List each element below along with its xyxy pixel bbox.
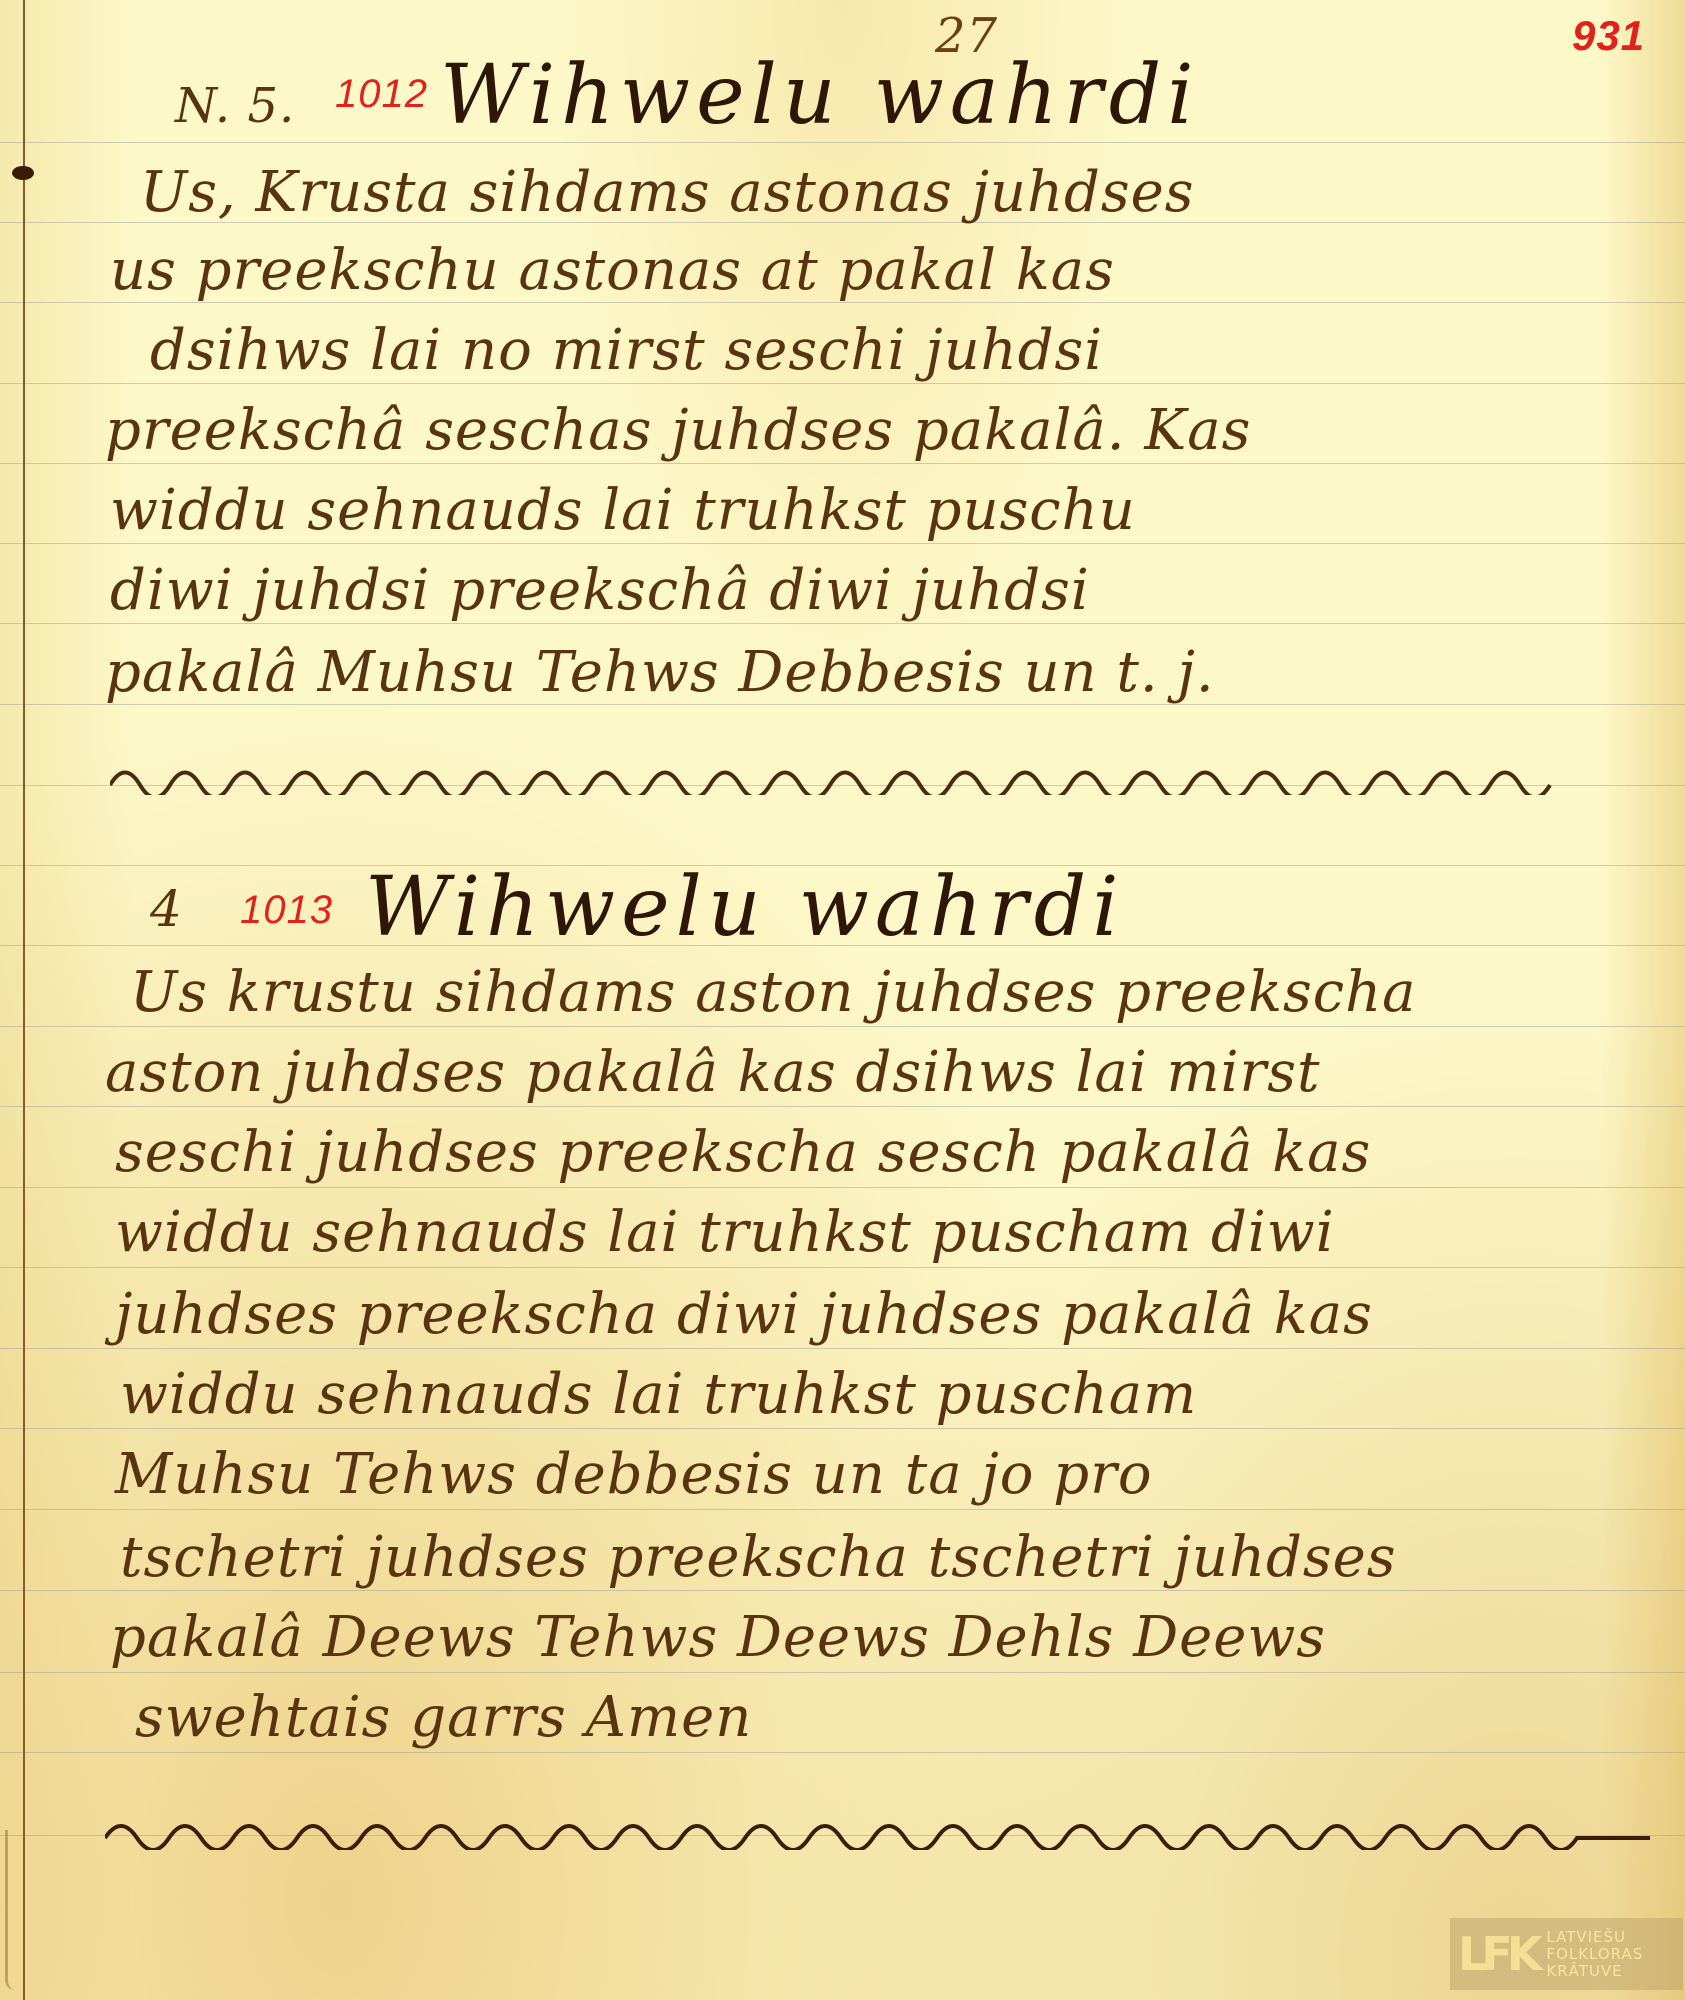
ruled-line: [0, 1267, 1685, 1268]
text-line: aston juhdses pakalâ kas dsihws lai mirs…: [105, 1040, 1321, 1105]
margin-line: [23, 0, 25, 2000]
text-line: widdu sehnauds lai truhkst puscham diwi: [115, 1200, 1335, 1265]
text-line: pakalâ Muhsu Tehws Debbesis un t. j.: [105, 640, 1215, 705]
archive-id: 1012: [335, 72, 428, 117]
logo-text: LATVIEŠU FOLKLORAS KRĀTUVE: [1546, 1929, 1643, 1980]
text-line: Us, Krusta sihdams astonas juhdses: [140, 160, 1195, 225]
text-line: tschetri juhdses preekscha tschetri juhd…: [120, 1525, 1397, 1590]
entry-title: Wihwelu wahrdi: [440, 48, 1200, 143]
text-line: juhdses preekscha diwi juhdses pakalâ ka…: [115, 1282, 1373, 1347]
logo-line: KRĀTUVE: [1546, 1963, 1643, 1980]
ruled-line: [0, 543, 1685, 544]
ruled-line: [0, 1672, 1685, 1673]
ruled-line: [0, 1026, 1685, 1027]
ruled-line: [0, 1752, 1685, 1753]
text-line: swehtais garrs Amen: [135, 1685, 752, 1750]
ruled-line: [0, 1590, 1685, 1591]
archive-number: 931: [1572, 12, 1645, 60]
wavy-separator: [110, 755, 1580, 795]
text-line: seschi juhdses preekscha sesch pakalâ ka…: [115, 1120, 1371, 1185]
logo-mark-icon: LFK: [1458, 1927, 1536, 1981]
logo-line: FOLKLORAS: [1546, 1946, 1643, 1963]
entry-title: Wihwelu wahrdi: [365, 860, 1125, 955]
ruled-line: [0, 1348, 1685, 1349]
text-line: us preekschu astonas at pakal kas: [110, 238, 1115, 303]
notebook-page: 27 931 N. 5. 1012 Wihwelu wahrdi Us, Kru…: [0, 0, 1685, 2000]
text-line: widdu sehnauds lai truhkst puschu: [110, 478, 1136, 543]
entry-label: 4: [150, 880, 183, 938]
text-line: diwi juhdsi preekschâ diwi juhdsi: [110, 558, 1090, 623]
text-line: pakalâ Deews Tehws Deews Dehls Deews: [110, 1605, 1326, 1670]
archive-logo: LFK LATVIEŠU FOLKLORAS KRĀTUVE: [1450, 1918, 1683, 1990]
text-line: dsihws lai no mirst seschi juhdsi: [150, 318, 1103, 383]
binding-hole: [12, 166, 34, 180]
text-line: Muhsu Tehws debbesis un ta jo pro: [115, 1442, 1153, 1507]
ruled-line: [0, 1428, 1685, 1429]
ruled-line: [0, 623, 1685, 624]
ruled-line: [0, 1509, 1685, 1510]
wavy-separator: [105, 1810, 1650, 1850]
ruled-line: [0, 383, 1685, 384]
text-line: widdu sehnauds lai truhkst puscham: [120, 1362, 1197, 1427]
archive-id: 1013: [240, 888, 333, 933]
logo-line: LATVIEŠU: [1546, 1929, 1643, 1946]
ruled-line: [0, 1106, 1685, 1107]
paper-stain: [5, 1830, 30, 1990]
text-line: preekschâ seschas juhdses pakalâ. Kas: [105, 398, 1251, 463]
entry-label: N. 5.: [175, 78, 295, 134]
ruled-line: [0, 463, 1685, 464]
ruled-line: [0, 1187, 1685, 1188]
text-line: Us krustu sihdams aston juhdses preeksch…: [130, 960, 1417, 1025]
